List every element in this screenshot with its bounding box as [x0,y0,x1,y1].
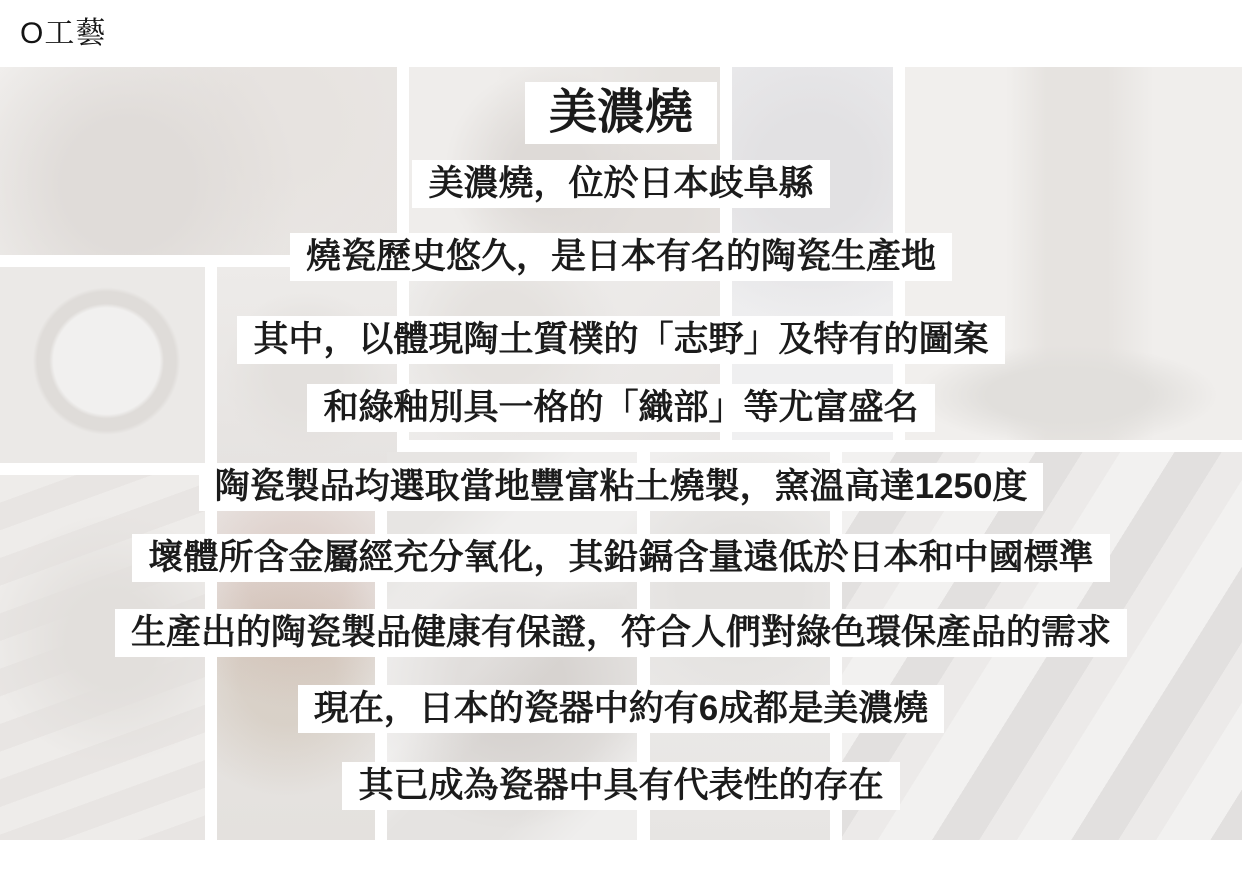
hero-title-text: 美濃燒 [525,82,717,144]
hero-line-text: 現在，日本的瓷器中約有6成都是美濃燒 [298,685,944,733]
hero-line: 壞體所含金屬經充分氧化，其鉛鎘含量遠低於日本和中國標準 [0,534,1242,582]
photo-glazed-pot [217,267,397,463]
hero-line: 其中，以體現陶土質樸的「志野」及特有的圖案 [0,316,1242,364]
hero-line-text: 陶瓷製品均選取當地豐富粘土燒製，窯溫高達1250度 [199,463,1044,511]
hero-line: 其已成為瓷器中具有代表性的存在 [0,762,1242,810]
hero-line: 和綠釉別具一格的「織部」等尤富盛名 [0,384,1242,432]
hero-line: 生產出的陶瓷製品健康有保證，符合人們對綠色環保產品的需求 [0,609,1242,657]
photo-glaze-bowl [0,267,205,463]
hero-line-text: 燒瓷歷史悠久，是日本有名的陶瓷生產地 [290,233,952,281]
hero-line: 陶瓷製品均選取當地豐富粘土燒製，窯溫高達1250度 [0,463,1242,511]
hero-line: 美濃燒，位於日本歧阜縣 [0,160,1242,208]
product-description-page: O工藝 美濃燒 美濃燒，位於日本歧阜縣 燒瓷歷史悠久，是日本有名的陶瓷生產地 其… [0,0,1242,895]
hero-line-text: 美濃燒，位於日本歧阜縣 [412,160,829,208]
hero-line: 燒瓷歷史悠久，是日本有名的陶瓷生產地 [0,233,1242,281]
hero-line-text: 和綠釉別具一格的「織部」等尤富盛名 [307,384,934,432]
hero-line-text: 壞體所含金屬經充分氧化，其鉛鎘含量遠低於日本和中國標準 [132,534,1109,582]
hero-line: 現在，日本的瓷器中約有6成都是美濃燒 [0,685,1242,733]
hero-line-text: 其已成為瓷器中具有代表性的存在 [342,762,899,810]
hero-title: 美濃燒 [0,82,1242,144]
hero-line-text: 生產出的陶瓷製品健康有保證，符合人們對綠色環保產品的需求 [115,609,1127,657]
page-title: O工藝 [20,8,106,52]
header: O工藝 [20,10,106,50]
hero-line-text: 其中，以體現陶土質樸的「志野」及特有的圖案 [237,316,1004,364]
